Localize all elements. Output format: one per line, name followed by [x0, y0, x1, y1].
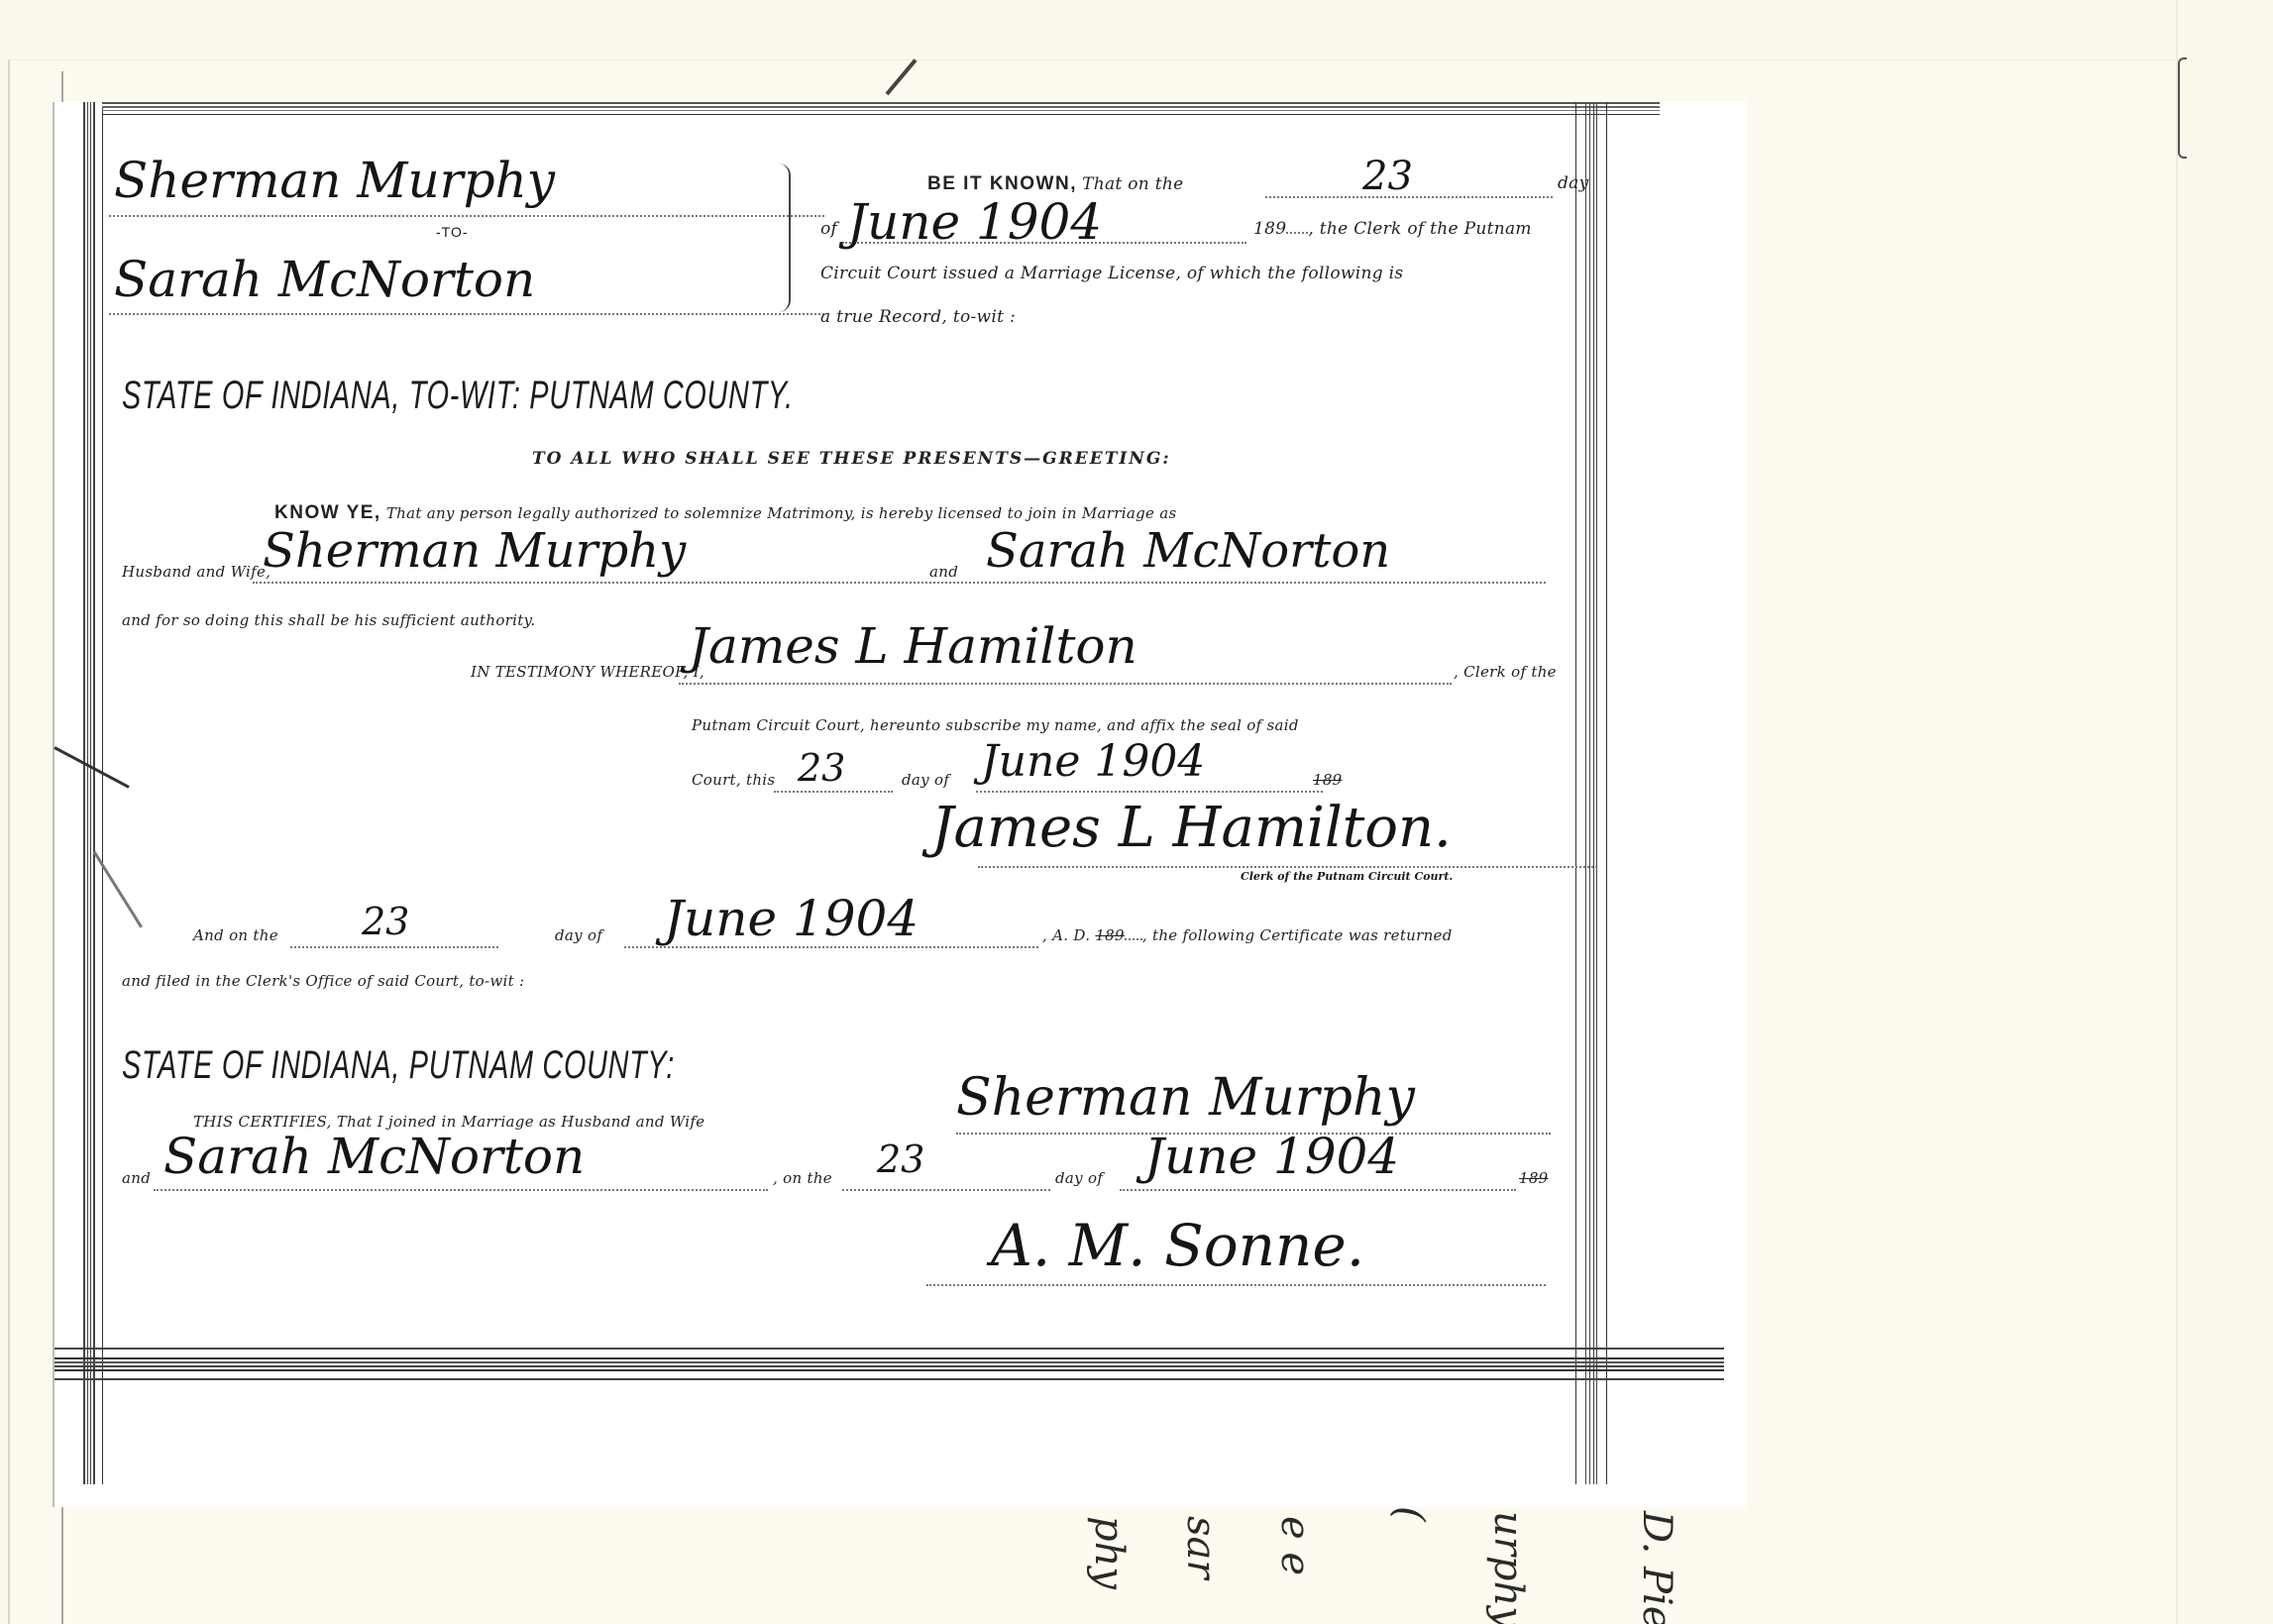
bg-note-fragment: sar [1178, 1516, 1224, 1579]
to-label: -TO- [436, 224, 469, 240]
pen-mark [93, 851, 143, 928]
issue-month-year-handwritten: June 1904 [847, 193, 1102, 251]
officiant-signature: A. M. Sonne. [991, 1212, 1364, 1279]
background-page-edge [2176, 0, 2178, 1624]
cert-month-year-handwritten: June 1904 [1144, 1128, 1399, 1185]
cert-husband-handwritten: Sherman Murphy [956, 1068, 1415, 1128]
bg-note-fragment: D. Pie [1634, 1511, 1679, 1624]
brace-icon [775, 163, 791, 312]
cert-day-handwritten: 23 [877, 1137, 924, 1181]
bride-name-handwritten: Sarah McNorton [114, 251, 535, 308]
groom-name-handwritten: Sherman Murphy [114, 152, 555, 209]
state-header: STATE OF INDIANA, TO-WIT: PUTNAM COUNTY. [122, 374, 794, 418]
staple-icon [2178, 57, 2187, 159]
clerk-name-handwritten: James L Hamilton [689, 617, 1137, 675]
husband-name-handwritten: Sherman Murphy [263, 523, 686, 579]
cert-wife-handwritten: Sarah McNorton [163, 1128, 585, 1185]
return-day-handwritten: 23 [362, 900, 409, 943]
bg-note-fragment: e e [1272, 1516, 1318, 1575]
pen-mark [54, 746, 129, 789]
marriage-record-page: Sherman Murphy -TO- Sarah McNorton BE IT… [53, 102, 1746, 1507]
court-day-handwritten: 23 [798, 746, 845, 790]
license-issued-text: Circuit Court issued a Marriage License,… [820, 264, 1403, 283]
certificate-state-header: STATE OF INDIANA, PUTNAM COUNTY: [122, 1043, 675, 1088]
be-it-known-lead: BE IT KNOWN, [927, 173, 1077, 194]
court-month-year-handwritten: June 1904 [981, 736, 1205, 787]
return-month-year-handwritten: June 1904 [664, 890, 919, 947]
bg-note-fragment: ( [1386, 1506, 1432, 1522]
clerk-signature: James L Hamilton. [931, 796, 1452, 860]
bg-note-fragment: urphy [1485, 1511, 1531, 1624]
bg-note-fragment: phy [1086, 1516, 1132, 1589]
wife-name-handwritten: Sarah McNorton [986, 523, 1390, 579]
clerk-title: Clerk of the Putnam Circuit Court. [1241, 870, 1453, 883]
greeting-line: TO ALL WHO SHALL SEE THESE PRESENTS—GREE… [532, 449, 1171, 469]
issue-day-handwritten: 23 [1362, 154, 1413, 199]
